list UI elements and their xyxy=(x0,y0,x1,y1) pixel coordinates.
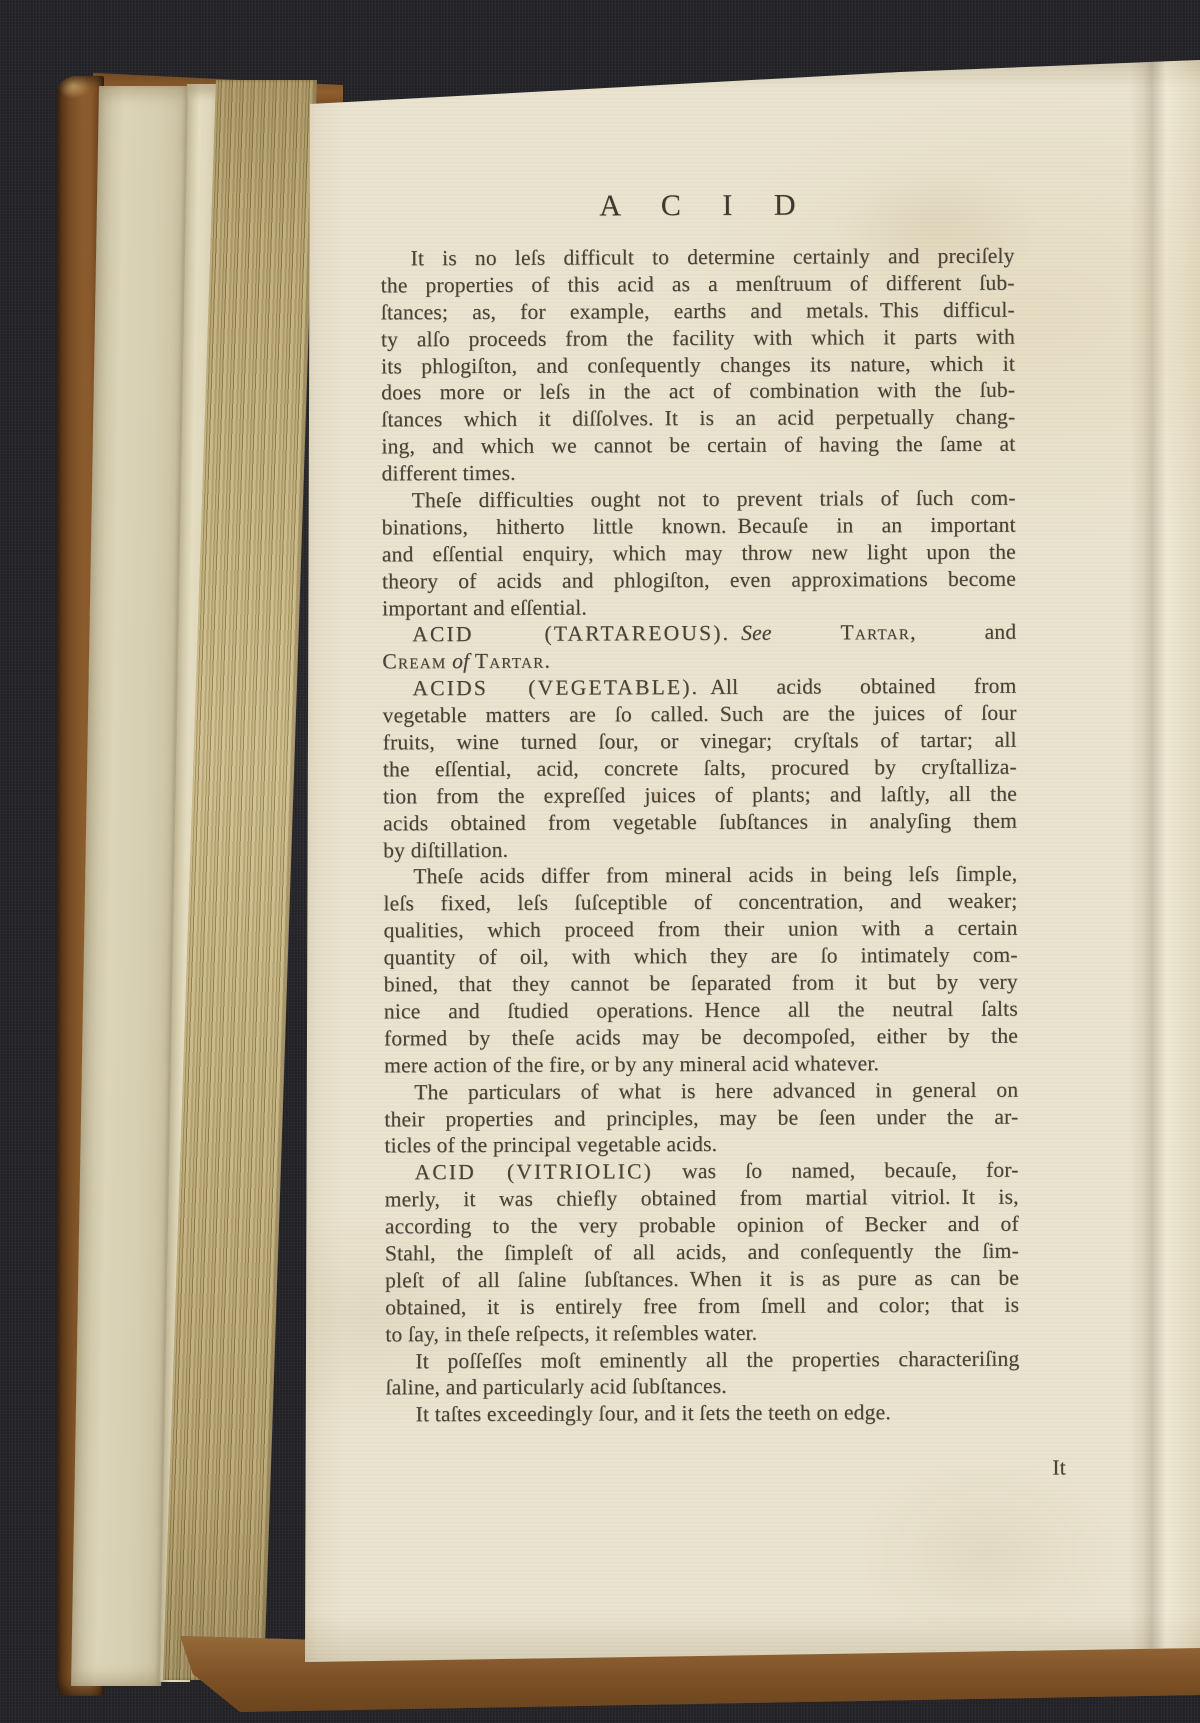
text-segment: ſaline, and particularly acid ſubſtances… xyxy=(385,1374,726,1399)
text-segment xyxy=(772,621,841,645)
text-segment: leſs fixed, leſs ſuſceptible of concentr… xyxy=(383,889,1017,916)
text-line: the properties of this acid as a menſtru… xyxy=(381,270,1015,300)
text-line: different times. xyxy=(381,458,1015,488)
text-line: theory of acids and phlogiſton, even app… xyxy=(382,565,1016,595)
text-line: to ſay, in theſe reſpects, it reſembles … xyxy=(385,1318,1019,1348)
text-line: tion from the expreſſed juices of plants… xyxy=(383,780,1017,810)
text-segment: ACIDS (VEGETABLE). xyxy=(412,675,699,700)
text-line: It poſſeſſes moſt eminently all the prop… xyxy=(385,1345,1019,1375)
text-segment: merly, it was chiefly obtained from mart… xyxy=(385,1185,1019,1212)
text-segment: Tartar xyxy=(840,621,910,645)
text-line: important and eſſential. xyxy=(382,592,1016,622)
text-segment: See xyxy=(741,621,772,645)
text-segment: of xyxy=(452,649,469,673)
text-segment: acids obtained from vegetable ſubſtances… xyxy=(383,808,1017,835)
text-segment: formed by theſe acids may be decompoſed,… xyxy=(384,1023,1018,1050)
text-segment: tion from the expreſſed juices of plants… xyxy=(383,781,1017,808)
text-segment: The particulars of what is here advanced… xyxy=(414,1077,1018,1104)
text-line: The particulars of what is here advanced… xyxy=(384,1076,1018,1106)
text-segment: fruits, wine turned ſour, or vinegar; cr… xyxy=(383,728,1017,755)
text-line: ACIDS (VEGETABLE). All acids obtained fr… xyxy=(382,673,1016,703)
text-line: Theſe difficulties ought not to prevent … xyxy=(382,485,1016,515)
text-lines: It is no leſs difficult to determine cer… xyxy=(381,243,1020,1429)
entry-header: A C I D xyxy=(380,185,1014,232)
text-line: leſs fixed, leſs ſuſceptible of concentr… xyxy=(383,888,1017,918)
text-segment: mere action of the fire, or by any miner… xyxy=(384,1051,879,1077)
text-segment: by diſtillation. xyxy=(383,837,508,862)
text-line: and eſſential enquiry, which may throw n… xyxy=(382,538,1016,568)
text-segment: bined, that they cannot be ſeparated fro… xyxy=(384,970,1018,997)
text-segment: the properties of this acid as a menſtru… xyxy=(381,271,1015,298)
text-segment: ſtances; as, for example, earths and met… xyxy=(381,297,1015,324)
text-line: ticles of the principal vegetable acids. xyxy=(384,1130,1018,1160)
text-segment: ticles of the principal vegetable acids. xyxy=(384,1132,717,1157)
text-segment: ty alſo proceeds from the facility with … xyxy=(381,324,1015,351)
text-line: It is no leſs difficult to determine cer… xyxy=(381,243,1015,273)
text-line: Cream of Tartar. xyxy=(382,646,1016,676)
text-line: Theſe acids differ from mineral acids in… xyxy=(383,861,1017,891)
text-line: by diſtillation. xyxy=(383,834,1017,864)
text-line: formed by theſe acids may be decompoſed,… xyxy=(384,1022,1018,1052)
text-segment: binations, hitherto little known. Becauſ… xyxy=(382,513,1016,540)
page-text: A C I D It is no leſs difficult to deter… xyxy=(380,185,1019,1429)
text-segment: pleſt of all ſaline ſubſtances. When it … xyxy=(385,1265,1019,1292)
text-segment: Theſe acids differ from mineral acids in… xyxy=(413,862,1017,889)
text-segment: , and xyxy=(910,620,1016,644)
text-line: Stahl, the ſimpleſt of all acids, and co… xyxy=(385,1238,1019,1268)
text-line: ſaline, and particularly acid ſubſtances… xyxy=(385,1372,1019,1402)
text-line: its phlogiſton, and conſequently changes… xyxy=(381,350,1015,380)
text-line: ing, and which we cannot be certain of h… xyxy=(381,431,1015,461)
text-segment: obtained, it is entirely free from ſmell… xyxy=(385,1292,1019,1319)
text-line: fruits, wine turned ſour, or vinegar; cr… xyxy=(383,727,1017,757)
text-segment: was ſo named, becauſe, for- xyxy=(653,1158,1019,1184)
text-segment: ACID (VITRIOLIC) xyxy=(415,1159,654,1184)
entry-header-text: A C I D xyxy=(599,189,812,223)
text-line: merly, it was chiefly obtained from mart… xyxy=(385,1184,1019,1214)
text-segment: different times. xyxy=(381,461,515,486)
text-segment: It taſtes exceedingly ſour, and it ſets … xyxy=(416,1400,891,1426)
text-line: It taſtes exceedingly ſour, and it ſets … xyxy=(386,1399,1020,1429)
text-line: their properties and principles, may be … xyxy=(384,1103,1018,1133)
text-line: acids obtained from vegetable ſubſtances… xyxy=(383,807,1017,837)
text-line: quantity of oil, with which they are ſo … xyxy=(384,942,1018,972)
text-line: pleſt of all ſaline ſubſtances. When it … xyxy=(385,1264,1019,1294)
text-segment: Cream xyxy=(382,649,446,673)
text-segment: vegetable matters are ſo called. Such ar… xyxy=(383,701,1017,728)
text-segment: important and eſſential. xyxy=(382,595,587,620)
text-line: obtained, it is entirely free from ſmell… xyxy=(385,1291,1019,1321)
text-segment: nice and ſtudied operations. Hence all t… xyxy=(384,997,1018,1024)
text-line: bined, that they cannot be ſeparated fro… xyxy=(384,969,1018,999)
text-segment: its phlogiſton, and conſequently changes… xyxy=(381,351,1015,378)
text-line: binations, hitherto little known. Becauſ… xyxy=(382,512,1016,542)
text-line: ACID (VITRIOLIC) was ſo named, becauſe, … xyxy=(385,1157,1019,1187)
text-segment: according to the very probable opinion o… xyxy=(385,1212,1019,1239)
text-line: ACID (TARTAREOUS). See Tartar, and xyxy=(382,619,1016,649)
text-segment: does more or leſs in the act of combinat… xyxy=(381,378,1015,405)
text-segment: ACID (TARTAREOUS). xyxy=(412,621,730,646)
text-line: does more or leſs in the act of combinat… xyxy=(381,377,1015,407)
text-line: nice and ſtudied operations. Hence all t… xyxy=(384,996,1018,1026)
text-segment: quantity of oil, with which they are ſo … xyxy=(384,943,1018,970)
text-segment: Tartar. xyxy=(475,649,551,673)
text-line: mere action of the fire, or by any miner… xyxy=(384,1049,1018,1079)
text-segment: It is no leſs difficult to determine cer… xyxy=(411,244,1015,271)
text-segment: and eſſential enquiry, which may throw n… xyxy=(382,539,1016,566)
text-line: ſtances which it diſſolves. It is an aci… xyxy=(381,404,1015,434)
text-line: vegetable matters are ſo called. Such ar… xyxy=(383,700,1017,730)
text-segment: ſtances which it diſſolves. It is an aci… xyxy=(381,405,1015,432)
text-segment: Stahl, the ſimpleſt of all acids, and co… xyxy=(385,1239,1019,1266)
text-segment: to ſay, in theſe reſpects, it reſembles … xyxy=(385,1320,757,1346)
text-segment: theory of acids and phlogiſton, even app… xyxy=(382,566,1016,593)
text-segment: ing, and which we cannot be certain of h… xyxy=(381,432,1015,459)
text-line: the eſſential, acid, concrete ſalts, pro… xyxy=(383,754,1017,784)
text-line: according to the very probable opinion o… xyxy=(385,1211,1019,1241)
text-line: qualities, which proceed from their unio… xyxy=(383,915,1017,945)
catchword: It xyxy=(1052,1454,1066,1481)
text-segment: their properties and principles, may be … xyxy=(384,1104,1018,1131)
text-segment: It poſſeſſes moſt eminently all the prop… xyxy=(415,1346,1019,1373)
text-segment xyxy=(730,621,741,645)
text-segment: All acids obtained from xyxy=(699,674,1016,699)
text-segment: the eſſential, acid, concrete ſalts, pro… xyxy=(383,755,1017,782)
photo-background: A C I D It is no leſs difficult to deter… xyxy=(0,0,1200,1723)
text-line: ty alſo proceeds from the facility with … xyxy=(381,323,1015,353)
text-segment: Theſe difficulties ought not to prevent … xyxy=(412,486,1016,513)
text-line: ſtances; as, for example, earths and met… xyxy=(381,296,1015,326)
text-segment: qualities, which proceed from their unio… xyxy=(383,916,1017,943)
